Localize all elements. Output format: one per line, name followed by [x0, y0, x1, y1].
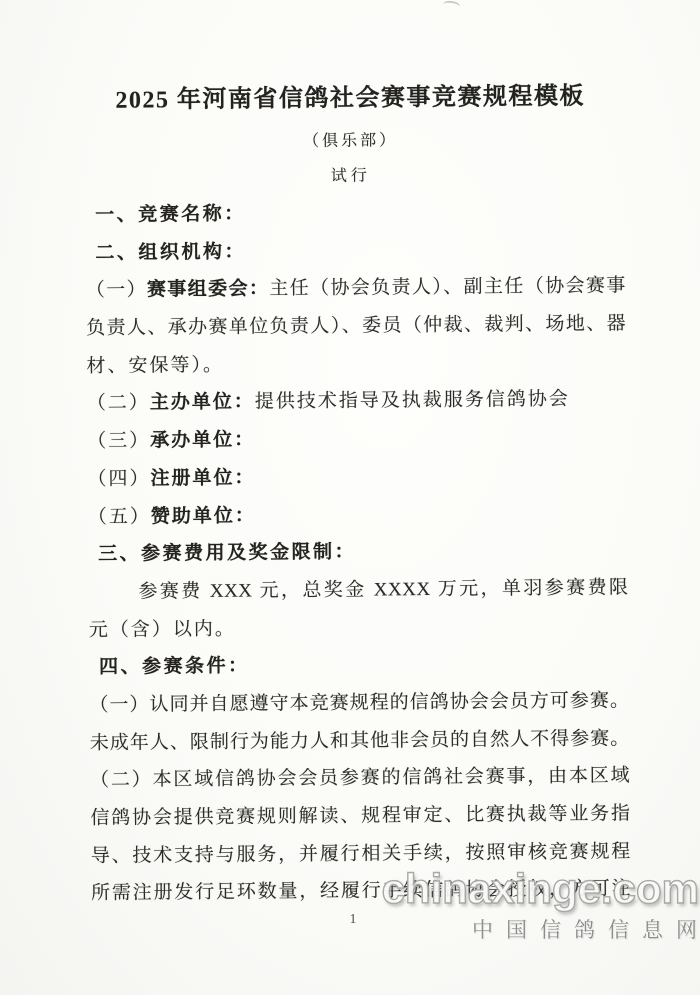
line-text: （二）本区域信鸽协会会员参赛的信鸽社会赛事，由本区域 — [90, 766, 630, 792]
line-text: 元（含）以内。 — [89, 618, 236, 640]
line-text: （一）认同并自愿遵守本竞赛规程的信鸽协会会员方可参赛。 — [89, 690, 629, 716]
line-label-bold: 四、参赛条件： — [99, 656, 250, 678]
line-text: 参赛费 XXX 元，总奖金 XXXX 万元，单羽参赛费限 5000 — [138, 577, 628, 611]
line-text: （二） — [87, 393, 150, 415]
document-line: 三、参赛费用及奖金限制： — [98, 531, 628, 573]
page-subtitle: （俱乐部） — [0, 128, 700, 156]
line-label-bold: 二、组织机构： — [95, 241, 246, 263]
line-label-bold: 赞助单位： — [151, 505, 256, 527]
line-text: 提供技术指导及执裁服务信鸽协会 — [255, 389, 570, 413]
line-text: （五） — [88, 506, 151, 528]
document-line: 导、技术支持与服务，并履行相关手续，按照审核竞赛规程 — [91, 833, 631, 875]
line-text: （一） — [86, 280, 147, 302]
line-text: 信鸽协会提供竞赛规则解读、规程审定、比赛执裁等业务指 — [90, 803, 630, 829]
trial-label: 试行 — [1, 163, 700, 191]
document-line: 参赛费 XXX 元，总奖金 XXXX 万元，单羽参赛费限 5000 — [88, 569, 628, 611]
document-line: （五）赞助单位： — [88, 494, 628, 536]
line-label-bold: 主办单位： — [150, 392, 255, 414]
line-text: 负责人、承办赛单位负责人）、委员（仲裁、裁判、场地、器 — [86, 313, 626, 339]
document-content: 2025 年河南省信鸽社会赛事竞赛规程模板 （俱乐部） 试行 一、竞赛名称：二、… — [0, 0, 700, 914]
line-label-bold: 一、竞赛名称： — [95, 204, 246, 226]
page-title: 2025 年河南省信鸽社会赛事竞赛规程模板 — [0, 81, 700, 117]
document-line: 一、竞赛名称： — [95, 192, 625, 234]
line-label-bold: 承办单位： — [150, 430, 255, 452]
document-line: （一）认同并自愿遵守本竞赛规程的信鸽协会会员方可参赛。 — [89, 682, 629, 724]
line-text: 材、安保等）。 — [86, 355, 224, 377]
line-text: （四） — [87, 468, 150, 490]
line-text: 主任（协会负责人）、副主任（协会赛事 — [269, 276, 626, 300]
line-label-bold: 注册单位： — [150, 467, 255, 489]
document-line: 材、安保等）。 — [86, 343, 626, 385]
document-body: 一、竞赛名称：二、组织机构：（一）赛事组委会：主任（协会负责人）、副主任（协会赛… — [85, 192, 631, 913]
document-line: （四）注册单位： — [87, 456, 627, 498]
watermark-site-name: 中国信鸽信息网 — [382, 914, 700, 944]
document-line: 负责人、承办赛单位负责人）、委员（仲裁、裁判、场地、器 — [86, 305, 626, 347]
document-line: 未成年人、限制行为能力人和其他非会员的自然人不得参赛。 — [90, 720, 630, 762]
line-text: （三） — [87, 431, 150, 453]
line-label-bold: 三、参赛费用及奖金限制： — [98, 542, 356, 565]
document-line: 所需注册发行足环数量，经履行手续信鸽协会授权，方可注 — [91, 871, 631, 913]
page-number: 1 — [342, 911, 364, 927]
document-page: 2025 年河南省信鸽社会赛事竞赛规程模板 （俱乐部） 试行 一、竞赛名称：二、… — [0, 0, 700, 995]
line-label-bold: 赛事组委会： — [147, 279, 269, 301]
line-text: 所需注册发行足环数量，经履行手续信鸽协会授权，方可注 — [91, 879, 631, 905]
document-line: （二）主办单位：提供技术指导及执裁服务信鸽协会 — [87, 381, 627, 423]
document-line: （三）承办单位： — [87, 418, 627, 460]
document-line: 元（含）以内。 — [89, 607, 629, 649]
document-line: 二、组织机构： — [95, 230, 625, 272]
line-text: 未成年人、限制行为能力人和其他非会员的自然人不得参赛。 — [90, 728, 630, 754]
document-line: （二）本区域信鸽协会会员参赛的信鸽社会赛事，由本区域 — [90, 758, 630, 800]
document-line: 信鸽协会提供竞赛规则解读、规程审定、比赛执裁等业务指 — [90, 795, 630, 837]
document-line: （一）赛事组委会：主任（协会负责人）、副主任（协会赛事 — [86, 268, 626, 310]
line-text: 导、技术支持与服务，并履行相关手续，按照审核竞赛规程 — [91, 841, 631, 867]
document-line: 四、参赛条件： — [99, 644, 629, 686]
